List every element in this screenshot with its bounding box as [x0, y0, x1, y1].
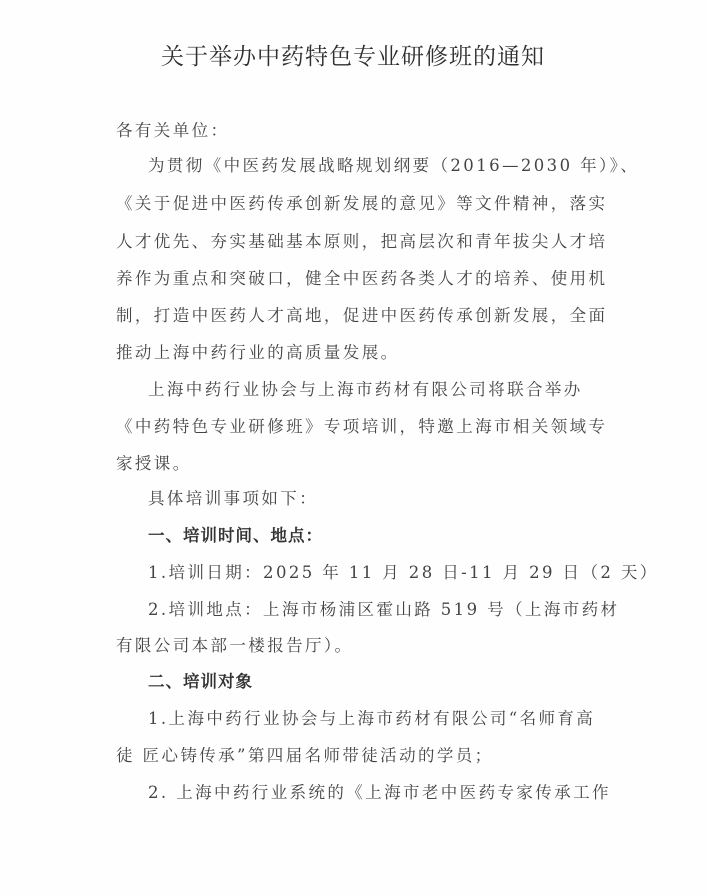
paragraph-2-line-2: 《中药特色专业研修班》专项培训，特邀上海市相关领域专	[116, 416, 594, 438]
section-1-heading: 一、培训时间、地点：	[148, 525, 626, 547]
paragraph-1-line-3: 人才优先、夯实基础基本原则，把高层次和青年拔尖人才培	[116, 231, 594, 253]
paragraph-1-line-4: 养作为重点和突破口，健全中医药各类人才的培养、使用机	[116, 268, 594, 290]
document-page: 关于举办中药特色专业研修班的通知 各有关单位： 为贯彻《中医药发展战略规划纲要（…	[0, 0, 706, 896]
salutation: 各有关单位：	[116, 120, 594, 142]
section-2-item-1-line-1: 1.上海中药行业协会与上海市药材有限公司“名师育高	[148, 708, 626, 730]
paragraph-1-line-1: 为贯彻《中医药发展战略规划纲要（2016—2030 年）》、	[148, 155, 626, 177]
section-1-item-2-line-2: 有限公司本部一楼报告厅）。	[116, 635, 594, 657]
paragraph-2-line-3: 家授课。	[116, 453, 594, 475]
paragraph-1-line-2: 《关于促进中医药传承创新发展的意见》等文件精神，落实	[116, 193, 594, 215]
paragraph-1-line-6: 推动上海中药行业的高质量发展。	[116, 342, 594, 364]
intro-items: 具体培训事项如下：	[148, 488, 626, 510]
section-1-item-2-line-1: 2.培训地点：上海市杨浦区霍山路 519 号（上海市药材	[148, 599, 626, 621]
paragraph-2-line-1: 上海中药行业协会与上海市药材有限公司将联合举办	[148, 379, 626, 401]
section-2-heading: 二、培训对象	[148, 671, 626, 693]
section-1-item-1: 1.培训日期：2025 年 11 月 28 日-11 月 29 日（2 天）	[148, 562, 626, 584]
paragraph-1-line-5: 制，打造中医药人才高地，促进中医药传承创新发展，全面	[116, 305, 594, 327]
section-2-item-2-line-1: 2. 上海中药行业系统的《上海市老中医药专家传承工作	[148, 782, 626, 804]
section-2-item-1-line-2: 徒 匠心铸传承”第四届名师带徒活动的学员；	[116, 745, 594, 767]
document-title: 关于举办中药特色专业研修班的通知	[0, 38, 706, 71]
